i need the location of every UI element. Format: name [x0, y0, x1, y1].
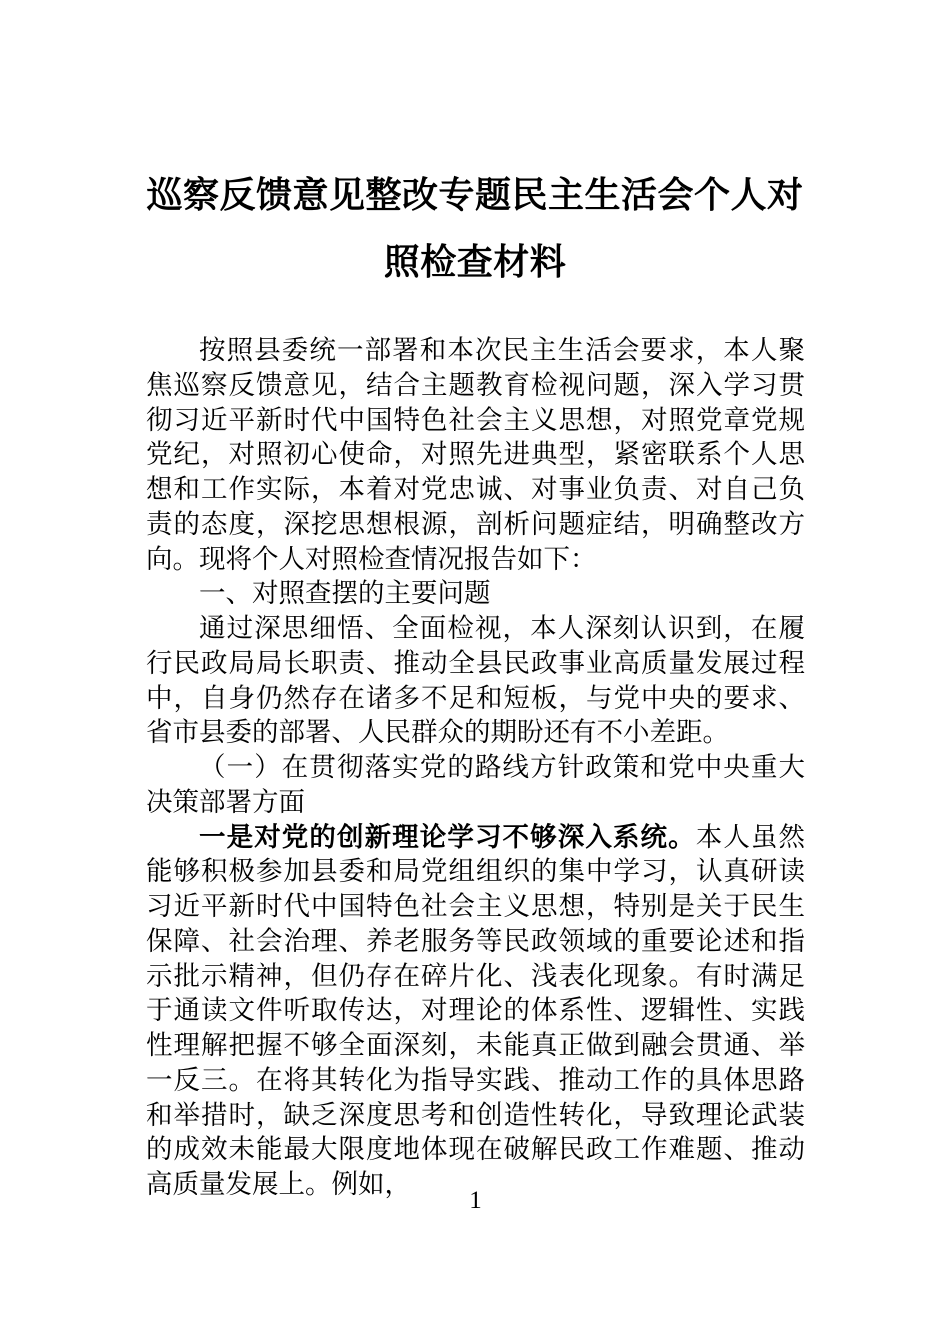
- paragraph: 一是对党的创新理论学习不够深入系统。本人虽然能够积极参加县委和局党组组织的集中学…: [146, 820, 805, 1202]
- page-number: 1: [146, 1186, 805, 1216]
- text-run: 通过深思细悟、全面检视，本人深刻认识到，在履行民政局局长职责、推动全县民政事业高…: [146, 613, 805, 747]
- document-title: 巡察反馈意见整改专题民主生活会个人对 照检查材料: [145, 161, 805, 295]
- document-title-line-2: 照检查材料: [145, 228, 805, 295]
- bold-text-run: 一是对党的创新理论学习不够深入系统。: [199, 822, 696, 852]
- paragraph: （一）在贯彻落实党的路线方针政策和党中央重大决策部署方面: [146, 750, 805, 820]
- text-run: 一、对照查摆的主要问题: [199, 578, 491, 608]
- text-run: 本人虽然能够积极参加县委和局党组组织的集中学习，认真研读习近平新时代中国特色社会…: [146, 822, 805, 1200]
- document-title-line-1: 巡察反馈意见整改专题民主生活会个人对: [145, 161, 805, 228]
- paragraph: 一、对照查摆的主要问题: [146, 576, 805, 611]
- text-run: 按照县委统一部署和本次民主生活会要求，本人聚焦巡察反馈意见，结合主题教育检视问题…: [146, 335, 805, 574]
- paragraph: 按照县委统一部署和本次民主生活会要求，本人聚焦巡察反馈意见，结合主题教育检视问题…: [146, 333, 805, 576]
- document-body: 按照县委统一部署和本次民主生活会要求，本人聚焦巡察反馈意见，结合主题教育检视问题…: [146, 333, 805, 1202]
- document-page: 巡察反馈意见整改专题民主生活会个人对 照检查材料 按照县委统一部署和本次民主生活…: [0, 0, 950, 1344]
- text-run: （一）在贯彻落实党的路线方针政策和党中央重大决策部署方面: [146, 752, 805, 817]
- paragraph: 通过深思细悟、全面检视，本人深刻认识到，在履行民政局局长职责、推动全县民政事业高…: [146, 611, 805, 750]
